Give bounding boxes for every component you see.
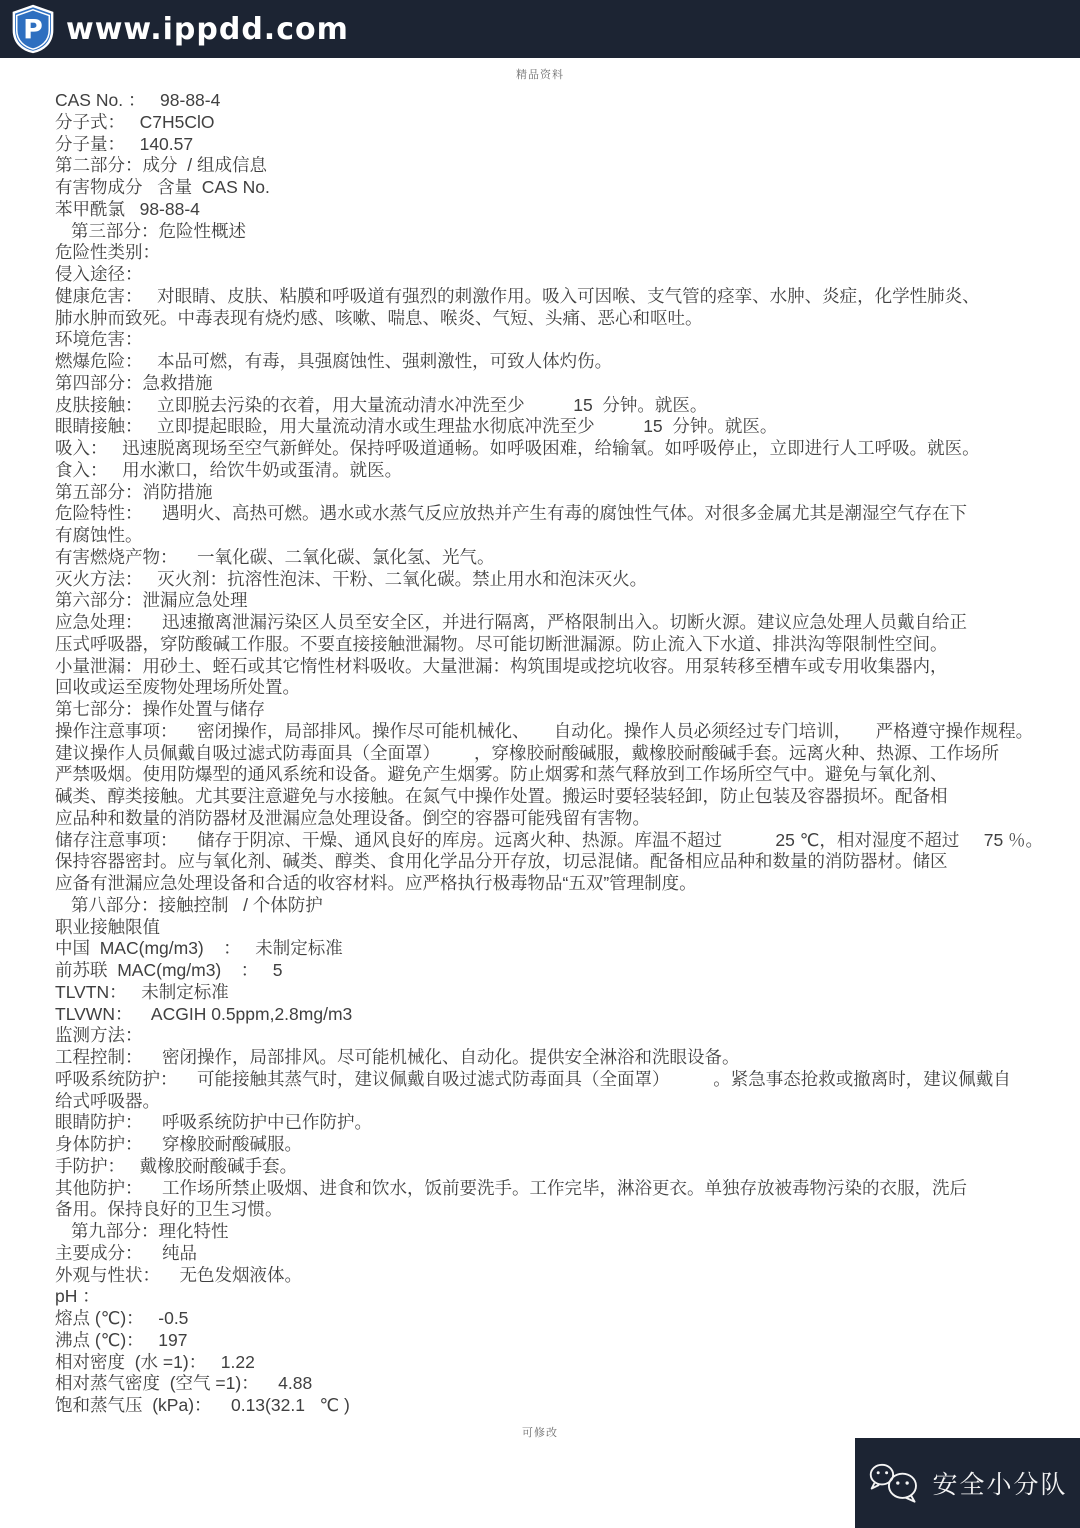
doc-line: 其他防护： 工作场所禁止吸烟、进食和饮水，饭前要洗手。工作完毕，淋浴更衣。单独存…	[55, 1178, 1060, 1200]
doc-line: 分子式： C7H5ClO	[55, 112, 1060, 134]
site-url-text: www.ippdd.com	[66, 12, 349, 47]
doc-line: 环境危害：	[55, 329, 1060, 351]
doc-line: 操作注意事项： 密闭操作，局部排风。操作尽可能机械化、 自动化。操作人员必须经过…	[55, 721, 1060, 743]
doc-line: 健康危害： 对眼睛、皮肤、粘膜和呼吸道有强烈的刺激作用。吸入可因喉、支气管的痉挛…	[55, 286, 1060, 308]
doc-line: 主要成分： 纯品	[55, 1243, 1060, 1265]
doc-line: 第八部分：接触控制 / 个体防护	[55, 895, 1060, 917]
doc-line: 第五部分：消防措施	[55, 482, 1060, 504]
ippdd-logo: P	[10, 4, 56, 54]
doc-line: 相对蒸气密度 (空气 =1)： 4.88	[55, 1373, 1060, 1395]
doc-line: pH ：	[55, 1286, 1060, 1308]
doc-line: 分子量： 140.57	[55, 134, 1060, 156]
doc-line: 食入： 用水漱口，给饮牛奶或蛋清。就医。	[55, 460, 1060, 482]
doc-line: 有害燃烧产物： 一氧化碳、二氧化碳、氯化氢、光气。	[55, 547, 1060, 569]
doc-line: 应品种和数量的消防器材及泄漏应急处理设备。倒空的容器可能残留有害物。	[55, 808, 1060, 830]
doc-line: 储存注意事项： 储存于阴凉、干燥、通风良好的库房。远离火种、热源。库温不超过 2…	[55, 830, 1060, 852]
doc-line: CAS No. ： 98-88-4	[55, 90, 1060, 112]
doc-line: TLVTN： 未制定标准	[55, 982, 1060, 1004]
doc-line: 苯甲酰氯 98-88-4	[55, 199, 1060, 221]
doc-line: 工程控制： 密闭操作，局部排风。尽可能机械化、自动化。提供安全淋浴和洗眼设备。	[55, 1047, 1060, 1069]
doc-line: 第九部分：理化特性	[55, 1221, 1060, 1243]
doc-line: 相对密度 (水 =1)： 1.22	[55, 1352, 1060, 1374]
doc-line: 应急处理： 迅速撤离泄漏污染区人员至安全区，并进行隔离，严格限制出入。切断火源。…	[55, 612, 1060, 634]
doc-line: TLVWN： ACGIH 0.5ppm,2.8mg/m3	[55, 1004, 1060, 1026]
doc-line: 保持容器密封。应与氧化剂、碱类、醇类、食用化学品分开存放，切忌混储。配备相应品种…	[55, 851, 1060, 873]
top-brand-bar: P www.ippdd.com	[0, 0, 1080, 58]
badge-text: 安全小分队	[932, 1465, 1067, 1501]
doc-line: 第三部分：危险性概述	[55, 221, 1060, 243]
shield-p-logo-icon: P	[10, 4, 56, 54]
quality-note-watermark: 精品资料	[0, 66, 1080, 82]
doc-line: 皮肤接触： 立即脱去污染的衣着，用大量流动清水冲洗至少 15 分钟。就医。	[55, 395, 1060, 417]
doc-line: 中国 MAC(mg/m3) ： 未制定标准	[55, 938, 1060, 960]
doc-line: 危险性类别：	[55, 242, 1060, 264]
doc-line: 肺水肿而致死。中毒表现有烧灼感、咳嗽、喘息、喉炎、气短、头痛、恶心和呕吐。	[55, 308, 1060, 330]
wechat-chat-bubbles-icon	[867, 1461, 923, 1505]
team-badge: 安全小分队	[855, 1438, 1080, 1528]
doc-line: 小量泄漏：用砂土、蛭石或其它惰性材料吸收。大量泄漏：构筑围堤或挖坑收容。用泵转移…	[55, 656, 1060, 678]
doc-line: 压式呼吸器，穿防酸碱工作服。不要直接接触泄漏物。尽可能切断泄漏源。防止流入下水道…	[55, 634, 1060, 656]
doc-line: 沸点 (℃)： 197	[55, 1330, 1060, 1352]
doc-line: 眼睛接触： 立即提起眼睑，用大量流动清水或生理盐水彻底冲洗至少 15 分钟。就医…	[55, 416, 1060, 438]
doc-line: 第二部分：成分 / 组成信息	[55, 155, 1060, 177]
doc-line: 侵入途径：	[55, 264, 1060, 286]
doc-line: 眼睛防护： 呼吸系统防护中已作防护。	[55, 1112, 1060, 1134]
doc-line: 碱类、醇类接触。尤其要注意避免与水接触。在氮气中操作处置。搬运时要轻装轻卸，防止…	[55, 786, 1060, 808]
doc-line: 第七部分：操作处置与储存	[55, 699, 1060, 721]
doc-line: 回收或运至废物处理场所处置。	[55, 677, 1060, 699]
logo-letter: P	[23, 15, 43, 46]
doc-line: 第六部分：泄漏应急处理	[55, 590, 1060, 612]
doc-line: 职业接触限值	[55, 917, 1060, 939]
doc-line: 备用。保持良好的卫生习惯。	[55, 1199, 1060, 1221]
doc-line: 燃爆危险： 本品可燃，有毒，具强腐蚀性、强刺激性，可致人体灼伤。	[55, 351, 1060, 373]
doc-line: 有腐蚀性。	[55, 525, 1060, 547]
doc-line: 严禁吸烟。使用防爆型的通风系统和设备。避免产生烟雾。防止烟雾和蒸气释放到工作场所…	[55, 764, 1060, 786]
doc-line: 前苏联 MAC(mg/m3) ： 5	[55, 960, 1060, 982]
doc-line: 身体防护： 穿橡胶耐酸碱服。	[55, 1134, 1060, 1156]
doc-line: 第四部分：急救措施	[55, 373, 1060, 395]
doc-line: 危险特性： 遇明火、高热可燃。遇水或水蒸气反应放热并产生有毒的腐蚀性气体。对很多…	[55, 503, 1060, 525]
doc-line: 外观与性状： 无色发烟液体。	[55, 1265, 1060, 1287]
doc-line: 监测方法：	[55, 1025, 1060, 1047]
doc-line: 熔点 (℃)： -0.5	[55, 1308, 1060, 1330]
doc-line: 吸入： 迅速脱离现场至空气新鲜处。保持呼吸道通畅。如呼吸困难，给输氧。如呼吸停止…	[55, 438, 1060, 460]
doc-line: 应备有泄漏应急处理设备和合适的收容材料。应严格执行极毒物品“五双”管理制度。	[55, 873, 1060, 895]
doc-line: 灭火方法： 灭火剂：抗溶性泡沫、干粉、二氧化碳。禁止用水和泡沫灭火。	[55, 569, 1060, 591]
doc-line: 建议操作人员佩戴自吸过滤式防毒面具（全面罩） ，穿橡胶耐酸碱服，戴橡胶耐酸碱手套…	[55, 743, 1060, 765]
doc-line: 给式呼吸器。	[55, 1091, 1060, 1113]
doc-line: 饱和蒸气压 (kPa)： 0.13(32.1 ℃ )	[55, 1395, 1060, 1417]
doc-line: 手防护： 戴橡胶耐酸碱手套。	[55, 1156, 1060, 1178]
doc-line: 呼吸系统防护： 可能接触其蒸气时，建议佩戴自吸过滤式防毒面具（全面罩） 。紧急事…	[55, 1069, 1060, 1091]
msds-document: CAS No. ： 98-88-4分子式： C7H5ClO分子量： 140.57…	[55, 90, 1060, 1417]
doc-line: 有害物成分 含量 CAS No.	[55, 177, 1060, 199]
